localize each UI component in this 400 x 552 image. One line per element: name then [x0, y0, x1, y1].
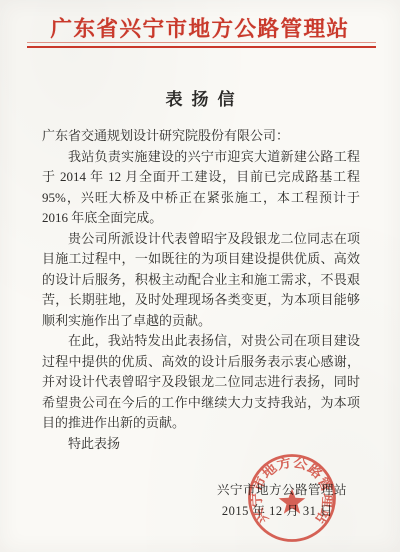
- salutation: 广东省交通规划设计研究院股份有限公司：: [42, 126, 360, 147]
- scanned-letter-page: 广东省兴宁市地方公路管理站 表扬信 广东省交通规划设计研究院股份有限公司： 我站…: [0, 0, 400, 552]
- document-title: 表扬信: [0, 85, 400, 110]
- official-seal: 兴宁市地方公路管理站: [246, 452, 338, 544]
- paragraph-2: 贵公司所派设计代表曾昭宇及段银龙二位同志在项目施工过程中，一如既往的为项目建设提…: [42, 229, 360, 332]
- letter-body: 广东省交通规划设计研究院股份有限公司： 我站负责实施建设的兴宁市迎宾大道新建公路…: [42, 126, 360, 454]
- letterhead-divider: [27, 42, 376, 48]
- paragraph-3: 在此，我站特发出此表扬信，对贵公司在项目建设过程中提供的优质、高效的设计后服务表…: [42, 331, 360, 434]
- letterhead-title: 广东省兴宁市地方公路管理站: [0, 12, 400, 43]
- closing-phrase: 特此表扬: [42, 434, 360, 455]
- paragraph-1: 我站负责实施建设的兴宁市迎宾大道新建公路工程于 2014 年 12 月全面开工建…: [42, 147, 360, 229]
- seal-star-icon: [279, 489, 306, 514]
